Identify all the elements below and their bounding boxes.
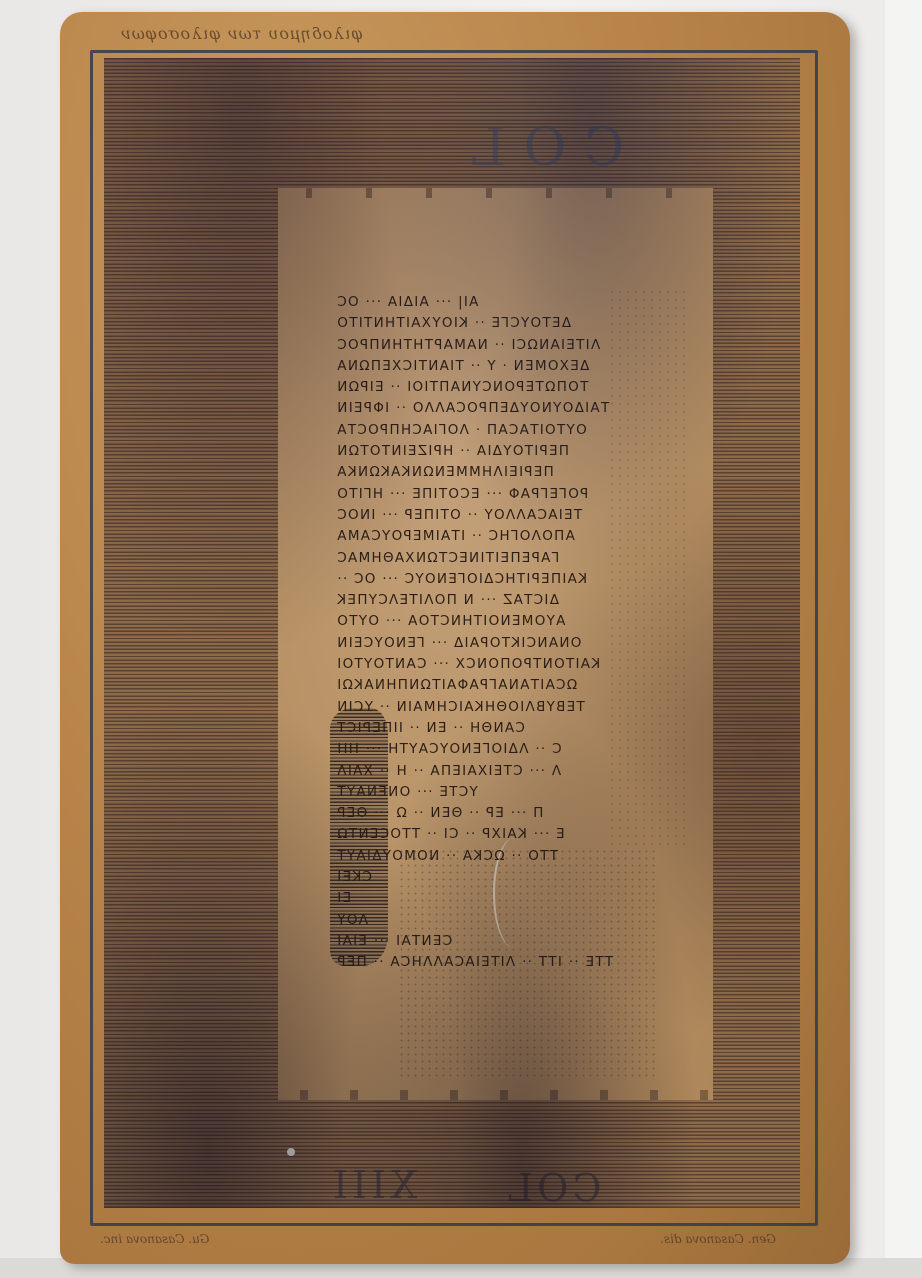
text-line: ΛΟΥ bbox=[336, 910, 696, 931]
text-line: ΑΠΟΛΟΓΗC ·· ΙΤΑΙΜΕΡΟΥCΑΜΑ bbox=[336, 526, 696, 547]
text-line: ΩCΑΙΤΑΝΑΓΡΑΦΑΙΤΩΝΠΗΝΑΚΩΙ bbox=[336, 675, 696, 696]
text-line: CΑΝΘΗ ·· ΕΝ ·· ΙΙΠΕΡΙCΤ bbox=[336, 718, 696, 739]
lacuna-hatched-gap bbox=[330, 708, 388, 966]
text-line: ΠΕΡΙΤΟΥΔΙΑ ·· ΗΡΙΖΕΙΝΤΟΤΩΝ bbox=[336, 441, 696, 462]
text-line: Λ ··· CΤΕΙΧΑΙΕΠΑ ·· Η ·· ΧΑΙΛ bbox=[336, 761, 696, 782]
text-line: ΟΝΑΝCΙΚΤΟΡΑΙΔ ··· ΓΕΝΟΥCΕΙΝ bbox=[336, 633, 696, 654]
text-line: ΥCΤΕ ··· ΟΝΕΝΑΥΤ bbox=[336, 782, 696, 803]
text-line: ΤΤΕ ·· ΙΤΤ ·· ΛΙΤΕΙΑCΑΛΛΗCΑ ·· ΠΕΡ bbox=[336, 952, 696, 973]
text-line: ΤΟΠΩΤΕΡΟΝCΥΝΑΠΤΙΟΙ ·· ΕΙΡΩΝ bbox=[336, 377, 696, 398]
text-line: ΤΕΙΑCΑΛΛΟΥ ·· ΟΤΙΠΕΡ ··· ΙΝΟC bbox=[336, 505, 696, 526]
text-line: ΤΕΒΥΒΛΙΟΘΗΚΑΙCΗΜΑΙΝ ·· ΥCΙΝ bbox=[336, 697, 696, 718]
text-line: ΚΑΙΠΕΡΙΤΗCΔΙΟΓΕΝΟΥC ··· ΟC ·· bbox=[336, 569, 696, 590]
text-line: CΕΝΤΑΙ ··· ΕΙΑΙ bbox=[336, 931, 696, 952]
text-line: ΠΕΡΙΕΙΛΗΜΜΕΝΩΝΚΑΚΩΝΚΑ bbox=[336, 462, 696, 483]
text-line: ΡΟΓΕΓΡΑΦ ··· ΕCΟΤΙΠΕ ··· ΗΓΙΤΟ bbox=[336, 484, 696, 505]
text-line: ΔΕΧΟΜΕΝ · Υ ·· ΤΙΑΝΤΙCΧΕΠΩΝΑ bbox=[336, 356, 696, 377]
papyrus-column: ΑΙ| ··· ΑΙΔΙΑ ··· ΟC ΔΕΤΟΥCΓΕ ·· ΚΙΟΥΧΑΙ… bbox=[278, 188, 713, 1100]
text-line: ΔΙCΤΑΖ ··· Ν ΠΟΛΙΤΕΛCΥΠΕΚ bbox=[336, 590, 696, 611]
ghost-offset-text: COL bbox=[324, 118, 624, 188]
text-line: ΤΤΟ ·· ΩCΚΑ ·· ΝΟΜΟΥΔΙΑΥΤ bbox=[336, 846, 696, 867]
text-line: ΕΙ bbox=[336, 888, 696, 909]
greek-text-block: ΑΙ| ··· ΑΙΔΙΑ ··· ΟC ΔΕΤΟΥCΓΕ ·· ΚΙΟΥΧΑΙ… bbox=[336, 292, 696, 974]
surface-speck bbox=[287, 1148, 295, 1156]
text-line: Ε ··· ΚΑΙΧΡ ·· CΙ ·· ΤΤΟCΕΝΤΩ bbox=[336, 824, 696, 845]
stipple-shading bbox=[398, 848, 658, 1078]
engraver-signature: Gu. Casanova inc. bbox=[100, 1232, 209, 1246]
text-line: ΤΑΙΔΟΥΝΟΥΔΕΠΡΟCΑΛΛΟ ·· ΙΦΡΕΙΝ bbox=[336, 398, 696, 419]
wall-background bbox=[885, 0, 922, 1278]
text-line: C ·· ΛΔΙΟΓΕΝΟΥCΑΥΤΗ ··· ΗΗ bbox=[336, 739, 696, 760]
text-line: Π ··· ΕΡ ·· ΘΕΝ ·· Ω ··· ΘΕΡ bbox=[336, 803, 696, 824]
text-line: ΑΙ| ··· ΑΙΔΙΑ ··· ΟC bbox=[336, 292, 696, 313]
hatched-field: COL COL XIII ΑΙ| ··· ΑΙΔΙΑ ··· ΟC ΔΕΤΟΥC… bbox=[104, 58, 800, 1208]
text-line: ΑΥΟΜΕΝΟΙΤΗΝCΤΟΑ ··· ΟΥΤΟ bbox=[336, 611, 696, 632]
top-inscription: φιλοδημου των φιλοσοφων bbox=[120, 24, 363, 43]
copper-plate: φιλοδημου των φιλοσοφων COL COL XIII ΑΙ|… bbox=[60, 12, 850, 1264]
text-line: ΔΕΤΟΥCΓΕ ·· ΚΙΟΥΧΑΙΤΗΝΤΙΤΟ bbox=[336, 313, 696, 334]
text-line: ΟΥΤΟΙΤΑCΑΠ · ΛΟΓΙΑCΗΠΡΟCΤΑ bbox=[336, 420, 696, 441]
text-line: CΚΕΙ bbox=[336, 867, 696, 888]
column-number: XIII bbox=[329, 1163, 417, 1207]
text-line: ΚΑΙΤΟΝΤΡΟΠΟΝCΧ ··· CΑΝΤΟΥΤΟΙ bbox=[336, 654, 696, 675]
text-line: ΛΙΤΕΙΑΝΩCΙ ·· ΝΑΜΑΡΤΗΤΗΝΠΡΟC bbox=[336, 335, 696, 356]
text-line: ΓΑΡΕΠΕΙΤΙΝΕCΤΩΝΧΑΘΗΜΑC bbox=[336, 548, 696, 569]
column-title-word: COL bbox=[504, 1166, 601, 1210]
stipple-shading-right bbox=[608, 288, 688, 848]
surface-crack bbox=[493, 838, 535, 948]
draftsman-signature: Gen. Casanova dis. bbox=[660, 1232, 776, 1246]
